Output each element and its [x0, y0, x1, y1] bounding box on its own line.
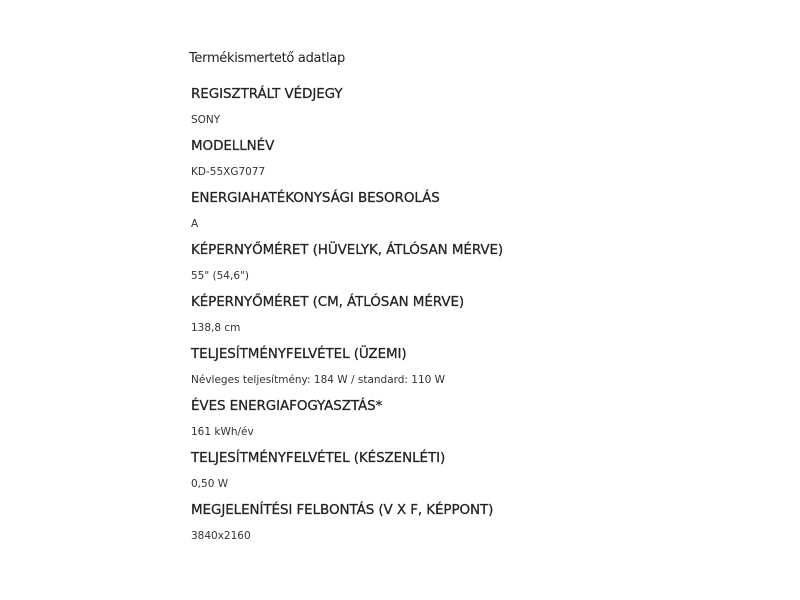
spec-label: KÉPERNYŐMÉRET (HÜVELYK, ÁTLÓSAN MÉRVE) — [191, 237, 691, 263]
spec-label: MODELLNÉV — [191, 133, 691, 159]
spec-value: SONY — [191, 107, 691, 133]
spec-row-on-mode-power: TELJESÍTMÉNYFELVÉTEL (ÜZEMI) Névleges te… — [191, 341, 691, 393]
document-title: Termékismertető adatlap — [189, 49, 691, 69]
spec-value: 0,50 W — [191, 471, 691, 497]
spec-row-standby-power: TELJESÍTMÉNYFELVÉTEL (KÉSZENLÉTI) 0,50 W — [191, 445, 691, 497]
spec-label: ÉVES ENERGIAFOGYASZTÁS* — [191, 393, 691, 419]
spec-label: TELJESÍTMÉNYFELVÉTEL (KÉSZENLÉTI) — [191, 445, 691, 471]
spec-value: 55" (54,6") — [191, 263, 691, 289]
spec-row-model-name: MODELLNÉV KD-55XG7077 — [191, 133, 691, 185]
spec-row-screen-size-cm: KÉPERNYŐMÉRET (CM, ÁTLÓSAN MÉRVE) 138,8 … — [191, 289, 691, 341]
spec-label: KÉPERNYŐMÉRET (CM, ÁTLÓSAN MÉRVE) — [191, 289, 691, 315]
spec-value: 161 kWh/év — [191, 419, 691, 445]
spec-label: ENERGIAHATÉKONYSÁGI BESOROLÁS — [191, 185, 691, 211]
spec-label: REGISZTRÁLT VÉDJEGY — [191, 81, 691, 107]
product-fiche: Termékismertető adatlap REGISZTRÁLT VÉDJ… — [191, 49, 691, 549]
spec-value: 3840x2160 — [191, 523, 691, 549]
spec-label: MEGJELENÍTÉSI FELBONTÁS (V X F, KÉPPONT) — [191, 497, 691, 523]
spec-value: A — [191, 211, 691, 237]
spec-row-annual-energy: ÉVES ENERGIAFOGYASZTÁS* 161 kWh/év — [191, 393, 691, 445]
spec-label: TELJESÍTMÉNYFELVÉTEL (ÜZEMI) — [191, 341, 691, 367]
spec-value: KD-55XG7077 — [191, 159, 691, 185]
spec-row-resolution: MEGJELENÍTÉSI FELBONTÁS (V X F, KÉPPONT)… — [191, 497, 691, 549]
spacer — [191, 69, 691, 81]
spec-row-trademark: REGISZTRÁLT VÉDJEGY SONY — [191, 81, 691, 133]
spec-value: 138,8 cm — [191, 315, 691, 341]
spec-row-screen-size-inch: KÉPERNYŐMÉRET (HÜVELYK, ÁTLÓSAN MÉRVE) 5… — [191, 237, 691, 289]
spec-row-energy-class: ENERGIAHATÉKONYSÁGI BESOROLÁS A — [191, 185, 691, 237]
spec-value: Névleges teljesítmény: 184 W / standard:… — [191, 367, 691, 393]
